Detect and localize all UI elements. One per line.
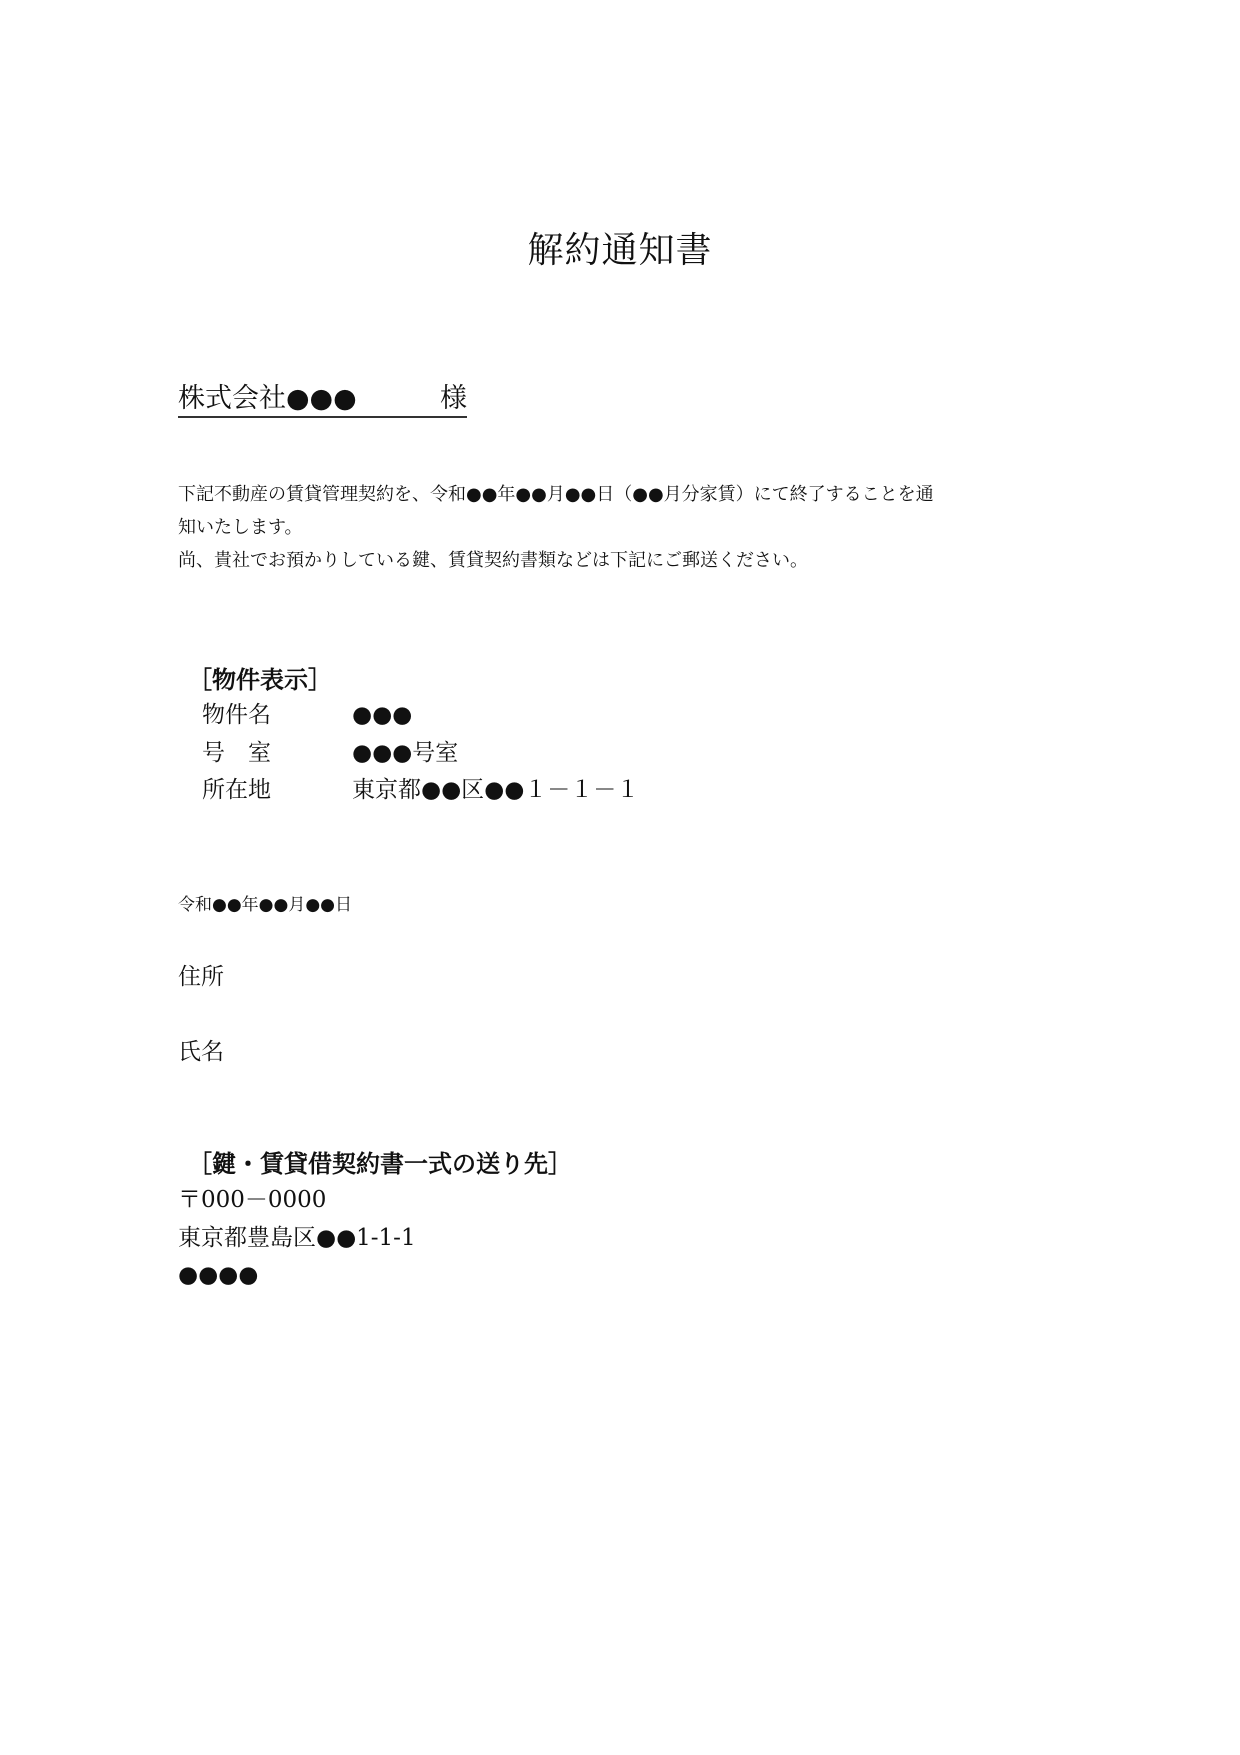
send-to-postal: 〒000－0000 (178, 1182, 416, 1220)
property-value: ●●● (352, 697, 412, 735)
body-line: 下記不動産の賃貸管理契約を、令和●●年●●月●●日（●●月分家賃）にて終了するこ… (178, 478, 934, 511)
addressee-company: 株式会社●●● (178, 376, 357, 415)
body-line: 知いたします。 (178, 511, 934, 544)
property-label: 物件名 (202, 697, 352, 735)
send-to-heading: ［鍵・賃貸借契約書一式の送り先］ (188, 1144, 572, 1179)
addressee-line: 株式会社●●● 様 (178, 376, 467, 418)
property-label: 号 室 (202, 735, 352, 773)
property-heading: ［物件表示］ (188, 660, 332, 695)
property-row: 物件名 ●●● (202, 697, 639, 735)
property-label: 所在地 (202, 772, 352, 810)
name-label: 氏名 (178, 1033, 224, 1066)
property-row: 所在地 東京都●●区●●１－１－１ (202, 772, 639, 810)
send-to-recipient: ●●●● (178, 1257, 416, 1295)
send-to-address: 東京都豊島区●●1-1-1 (178, 1220, 416, 1258)
property-table: 物件名 ●●● 号 室 ●●●号室 所在地 東京都●●区●●１－１－１ (202, 697, 639, 810)
body-line: 尚、貴社でお預かりしている鍵、賃貸契約書類などは下記にご郵送ください。 (178, 544, 934, 577)
addressee-honorific: 様 (440, 376, 467, 415)
property-row: 号 室 ●●●号室 (202, 735, 639, 773)
notice-date: 令和●●年●●月●●日 (178, 890, 352, 915)
document-title: 解約通知書 (0, 222, 1240, 273)
address-label: 住所 (178, 958, 224, 991)
property-value: ●●●号室 (352, 735, 458, 773)
notice-body: 下記不動産の賃貸管理契約を、令和●●年●●月●●日（●●月分家賃）にて終了するこ… (178, 478, 934, 577)
send-to-block: 〒000－0000 東京都豊島区●●1-1-1 ●●●● (178, 1182, 416, 1295)
property-value: 東京都●●区●●１－１－１ (352, 772, 639, 810)
